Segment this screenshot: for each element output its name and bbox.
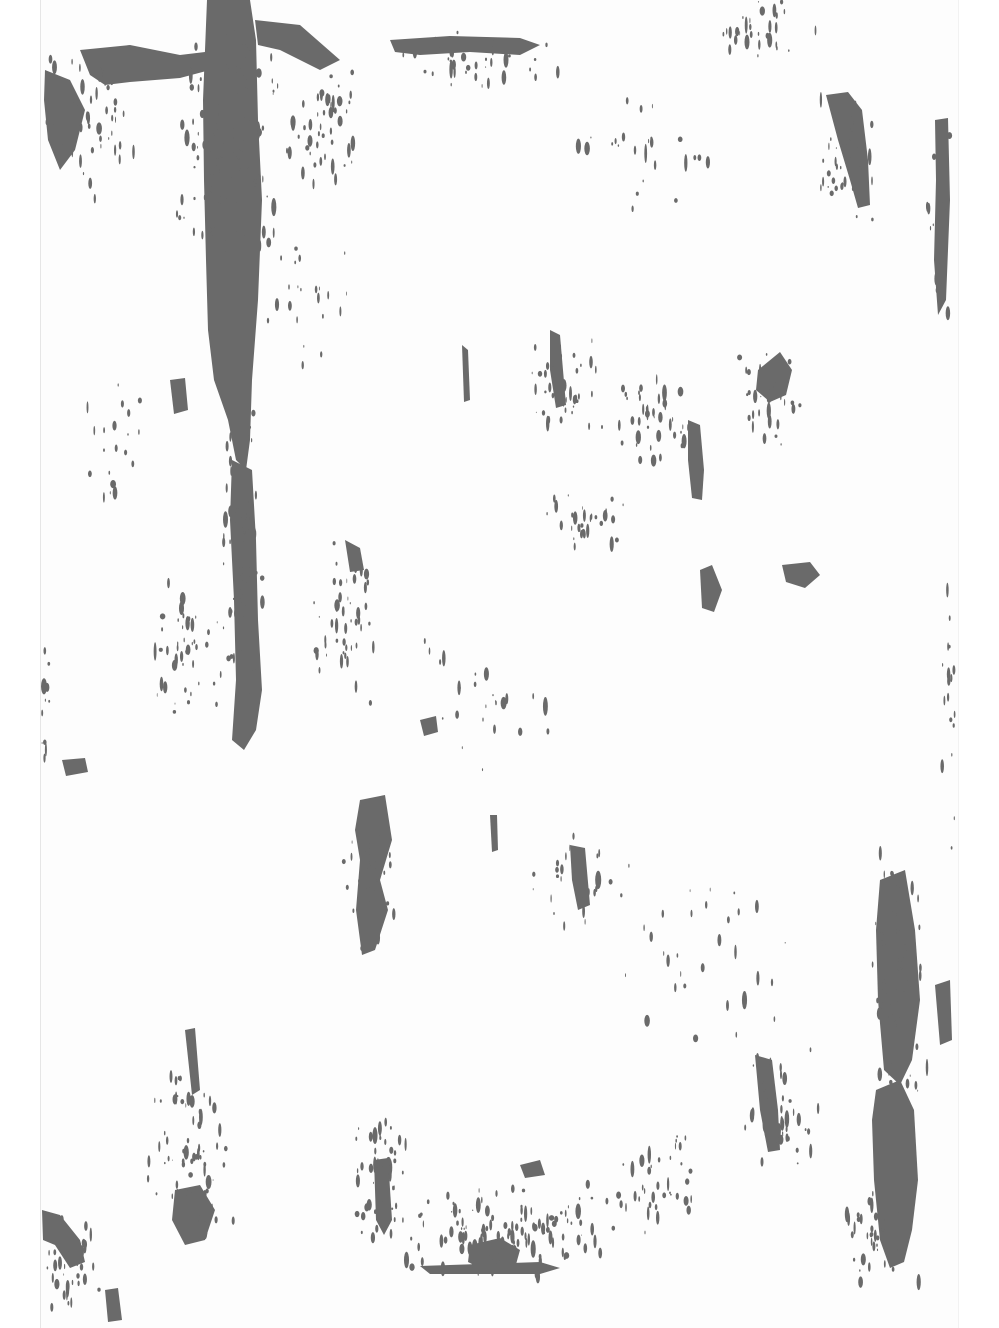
- grunge-texture: [0, 0, 999, 1328]
- texture-panel: [41, 0, 958, 1328]
